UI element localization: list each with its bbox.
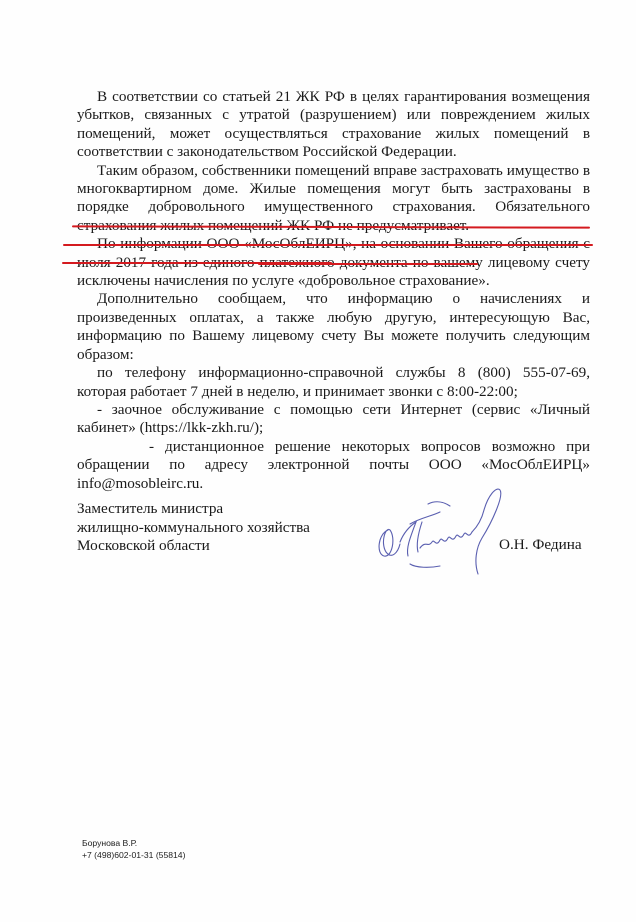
executor-name: Борунова В.Р.	[82, 837, 185, 849]
highlight-underline-4	[258, 263, 478, 265]
executor-info: Борунова В.Р. +7 (498)602-01-31 (55814)	[82, 837, 185, 861]
handwritten-signature	[370, 482, 530, 582]
paragraph-phone-option: по телефону информационно-справочной слу…	[77, 364, 590, 401]
executor-phone: +7 (498)602-01-31 (55814)	[82, 849, 185, 861]
paragraph-internet-option: - заочное обслуживание с помощью сети Ин…	[77, 401, 590, 438]
paragraph-additional-info: Дополнительно сообщаем, что информацию о…	[77, 290, 590, 364]
highlight-underline-2	[63, 244, 593, 246]
position-line: жилищно-коммунального хозяйства	[77, 519, 310, 538]
paragraph-legal-basis: В соответствии со статьей 21 ЖК РФ в цел…	[77, 88, 590, 162]
letter-body: В соответствии со статьей 21 ЖК РФ в цел…	[77, 88, 590, 493]
signer-name: О.Н. Федина	[499, 536, 582, 554]
signer-position: Заместитель министра жилищно-коммунально…	[77, 500, 310, 556]
letter-page: В соответствии со статьей 21 ЖК РФ в цел…	[0, 0, 636, 922]
paragraph-voluntary-insurance: Таким образом, собственники помещений вп…	[77, 162, 590, 236]
position-line: Заместитель министра	[77, 500, 310, 519]
position-line: Московской области	[77, 537, 310, 556]
